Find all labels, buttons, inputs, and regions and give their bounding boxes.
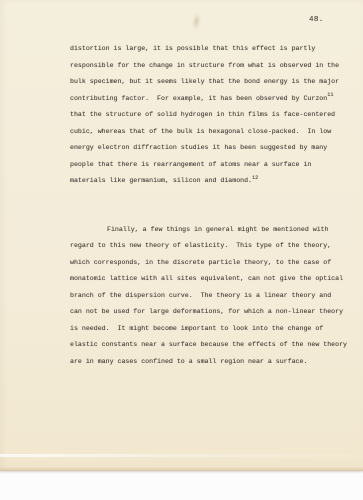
text-line: can not be used for large deformations, … bbox=[70, 304, 358, 321]
paper-bottom-edge bbox=[0, 467, 363, 471]
text-segment: contributing factor. For example, it has… bbox=[70, 95, 327, 102]
scan-background: 48. distortion is large, it is possible … bbox=[0, 0, 363, 500]
page-content: distortion is large, it is possible that… bbox=[70, 41, 358, 370]
text-line: energy electron diffraction studies it h… bbox=[70, 140, 358, 157]
footnote-ref-11: 11 bbox=[327, 92, 333, 98]
text-line: distortion is large, it is possible that… bbox=[70, 41, 358, 58]
text-line: Finally, a few things in general might b… bbox=[70, 222, 358, 239]
page-number: 48. bbox=[309, 16, 324, 24]
text-line: people that there is rearrangement of at… bbox=[70, 157, 358, 174]
text-line: that the structure of solid hydrogen in … bbox=[70, 107, 358, 124]
smudge-mark bbox=[192, 13, 201, 31]
text-line: regard to this new theory of elasticity.… bbox=[70, 238, 358, 255]
text-line: contributing factor. For example, it has… bbox=[70, 91, 358, 108]
text-line: is needed. It might become important to … bbox=[70, 321, 358, 338]
text-line: which corresponds, in the discrete parti… bbox=[70, 255, 358, 272]
text-line: bulk specimen, but it seems likely that … bbox=[70, 74, 358, 91]
paper-crease bbox=[0, 454, 363, 457]
text-line: are in many cases confined to a small re… bbox=[70, 354, 358, 371]
text-line: materials like germanium, silicon and di… bbox=[70, 173, 358, 190]
text-line: monatomic lattice with all sites equival… bbox=[70, 271, 358, 288]
paragraph-2: Finally, a few things in general might b… bbox=[70, 222, 358, 371]
text-line: branch of the dispersion curve. The theo… bbox=[70, 288, 358, 305]
footnote-ref-12: 12 bbox=[252, 175, 258, 181]
text-line: cubic, whereas that of the bulk is hexag… bbox=[70, 124, 358, 141]
text-segment: materials like germanium, silicon and di… bbox=[70, 177, 252, 184]
text-line: responsible for the change in structure … bbox=[70, 58, 358, 75]
paragraph-1: distortion is large, it is possible that… bbox=[70, 41, 358, 190]
text-line: elastic constants near a surface because… bbox=[70, 337, 358, 354]
scanned-page: 48. distortion is large, it is possible … bbox=[0, 0, 363, 471]
